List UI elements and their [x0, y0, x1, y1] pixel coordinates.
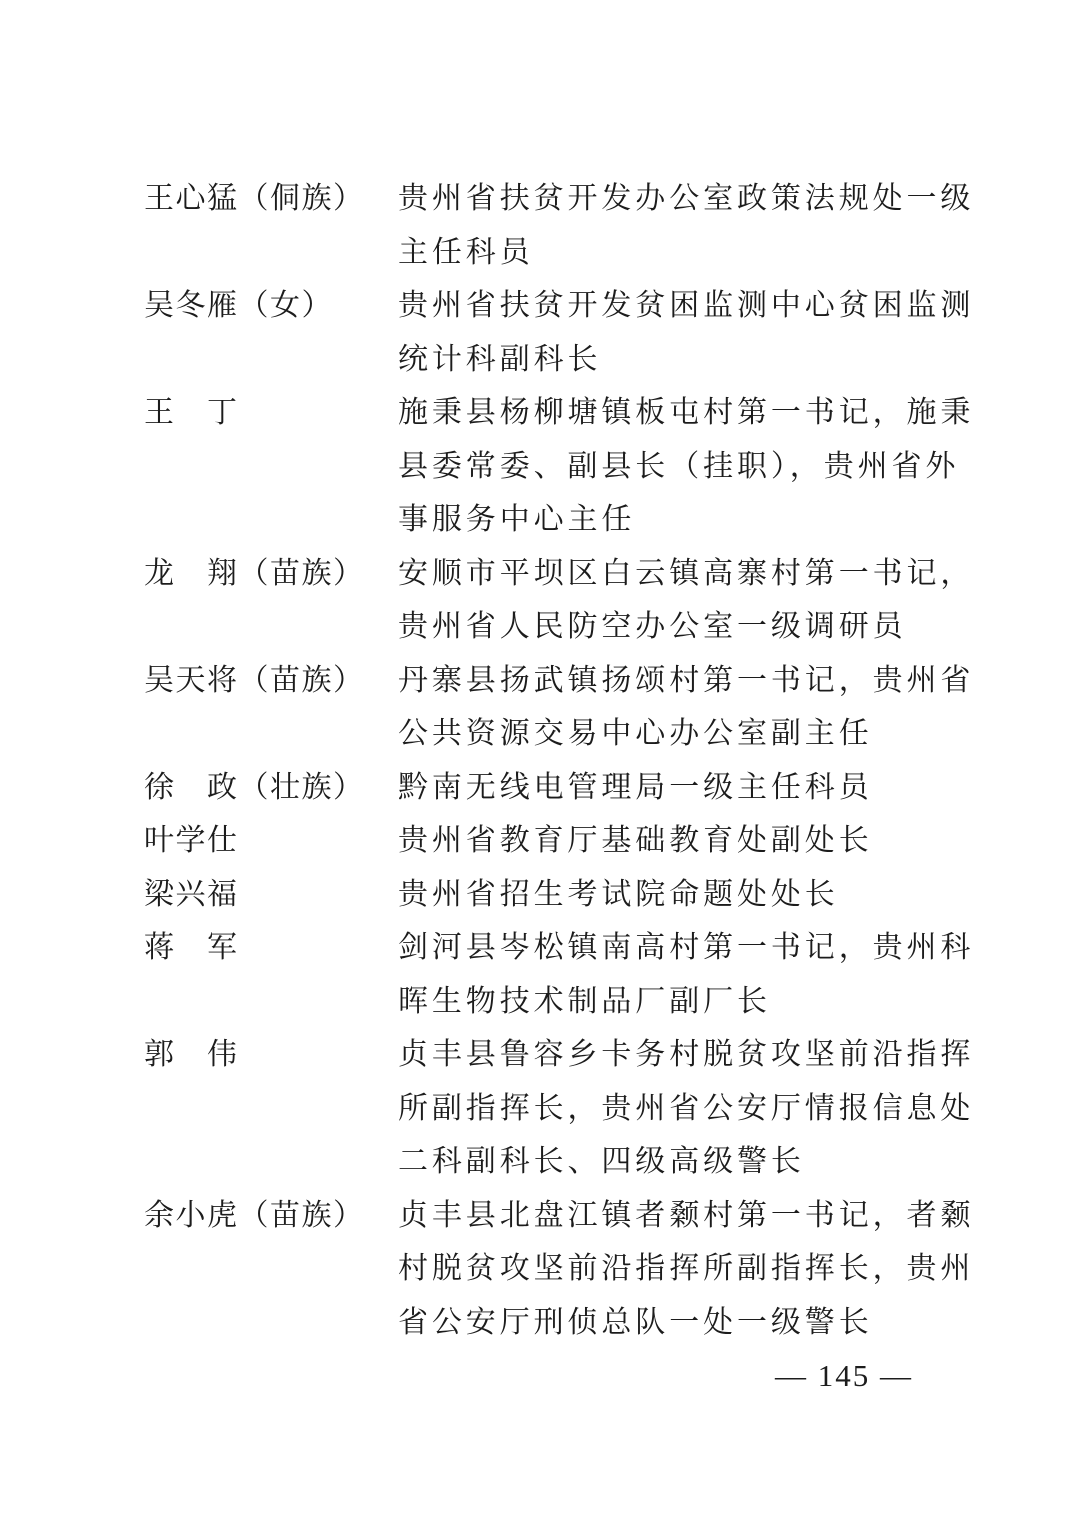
list-item: 叶学仕 贵州省教育厅基础教育处副处长: [144, 814, 944, 868]
list-item: 蒋 军 剑河县岑松镇南高村第一书记，贵州科晖生物技术制品厂副厂长: [144, 921, 944, 1028]
list-item: 吴冬雁（女） 贵州省扶贫开发贫困监测中心贫困监测统计科副科长: [144, 279, 944, 386]
name-cell: 王心猛（侗族）: [144, 172, 398, 226]
person-name: 王心猛: [144, 182, 239, 215]
description-line: 贵州省招生考试院命题处处长: [398, 868, 944, 922]
name-cell: 吴天将（苗族）: [144, 654, 398, 708]
position-description: 贵州省扶贫开发贫困监测中心贫困监测统计科副科长: [398, 279, 944, 386]
list-item: 徐 政（壮族） 黔南无线电管理局一级主任科员: [144, 761, 944, 815]
person-name: 梁兴福: [144, 878, 239, 911]
position-description: 贵州省教育厅基础教育处副处长: [398, 814, 944, 868]
list-item: 吴天将（苗族） 丹寨县扬武镇扬颂村第一书记，贵州省公共资源交易中心办公室副主任: [144, 654, 944, 761]
description-line: 二科副科长、四级高级警长: [398, 1135, 944, 1189]
list-item: 龙 翔（苗族） 安顺市平坝区白云镇高寨村第一书记，贵州省人民防空办公室一级调研员: [144, 547, 944, 654]
ethnic-tag: （苗族）: [239, 1199, 365, 1232]
person-name: 徐 政: [144, 771, 239, 804]
name-cell: 蒋 军: [144, 921, 398, 975]
description-line: 统计科副科长: [398, 333, 944, 387]
list-item: 王心猛（侗族） 贵州省扶贫开发办公室政策法规处一级主任科员: [144, 172, 944, 279]
description-line: 贵州省人民防空办公室一级调研员: [398, 600, 944, 654]
ethnic-tag: （苗族）: [239, 557, 365, 590]
name-cell: 吴冬雁（女）: [144, 279, 398, 333]
person-name: 叶学仕: [144, 824, 239, 857]
name-cell: 郭 伟: [144, 1028, 398, 1082]
person-name: 王 丁: [144, 396, 239, 429]
list-item: 梁兴福 贵州省招生考试院命题处处长: [144, 868, 944, 922]
commendation-list: 王心猛（侗族） 贵州省扶贫开发办公室政策法规处一级主任科员 吴冬雁（女） 贵州省…: [144, 172, 944, 1349]
description-line: 黔南无线电管理局一级主任科员: [398, 761, 944, 815]
description-line: 晖生物技术制品厂副厂长: [398, 975, 944, 1029]
position-description: 剑河县岑松镇南高村第一书记，贵州科晖生物技术制品厂副厂长: [398, 921, 944, 1028]
ethnic-tag: （侗族）: [239, 182, 365, 215]
page-number: — 145 —: [775, 1349, 913, 1403]
list-item: 王 丁 施秉县杨柳塘镇板屯村第一书记，施秉县委常委、副县长（挂职），贵州省外事服…: [144, 386, 944, 547]
position-description: 贵州省扶贫开发办公室政策法规处一级主任科员: [398, 172, 944, 279]
name-cell: 梁兴福: [144, 868, 398, 922]
position-description: 丹寨县扬武镇扬颂村第一书记，贵州省公共资源交易中心办公室副主任: [398, 654, 944, 761]
position-description: 贵州省招生考试院命题处处长: [398, 868, 944, 922]
person-name: 龙 翔: [144, 557, 239, 590]
ethnic-tag: （女）: [239, 289, 334, 322]
description-line: 丹寨县扬武镇扬颂村第一书记，贵州省: [398, 654, 944, 708]
list-item: 郭 伟 贞丰县鲁容乡卡务村脱贫攻坚前沿指挥所副指挥长，贵州省公安厅情报信息处二科…: [144, 1028, 944, 1189]
description-line: 事服务中心主任: [398, 493, 944, 547]
description-line: 村脱贫攻坚前沿指挥所副指挥长，贵州: [398, 1242, 944, 1296]
description-line: 剑河县岑松镇南高村第一书记，贵州科: [398, 921, 944, 975]
name-cell: 余小虎（苗族）: [144, 1189, 398, 1243]
description-line: 贞丰县北盘江镇者颡村第一书记，者颡: [398, 1189, 944, 1243]
description-line: 施秉县杨柳塘镇板屯村第一书记，施秉: [398, 386, 944, 440]
name-cell: 叶学仕: [144, 814, 398, 868]
position-description: 施秉县杨柳塘镇板屯村第一书记，施秉县委常委、副县长（挂职），贵州省外事服务中心主…: [398, 386, 944, 547]
document-page: 王心猛（侗族） 贵州省扶贫开发办公室政策法规处一级主任科员 吴冬雁（女） 贵州省…: [0, 0, 1080, 1527]
name-cell: 王 丁: [144, 386, 398, 440]
position-description: 安顺市平坝区白云镇高寨村第一书记，贵州省人民防空办公室一级调研员: [398, 547, 944, 654]
list-item: 余小虎（苗族） 贞丰县北盘江镇者颡村第一书记，者颡村脱贫攻坚前沿指挥所副指挥长，…: [144, 1189, 944, 1350]
ethnic-tag: （壮族）: [239, 771, 365, 804]
person-name: 余小虎: [144, 1199, 239, 1232]
description-line: 贞丰县鲁容乡卡务村脱贫攻坚前沿指挥: [398, 1028, 944, 1082]
position-description: 贞丰县北盘江镇者颡村第一书记，者颡村脱贫攻坚前沿指挥所副指挥长，贵州省公安厅刑侦…: [398, 1189, 944, 1350]
description-line: 主任科员: [398, 226, 944, 280]
description-line: 县委常委、副县长（挂职），贵州省外: [398, 440, 944, 494]
person-name: 蒋 军: [144, 931, 239, 964]
description-line: 贵州省扶贫开发贫困监测中心贫困监测: [398, 279, 944, 333]
description-line: 贵州省教育厅基础教育处副处长: [398, 814, 944, 868]
position-description: 贞丰县鲁容乡卡务村脱贫攻坚前沿指挥所副指挥长，贵州省公安厅情报信息处二科副科长、…: [398, 1028, 944, 1189]
description-line: 所副指挥长，贵州省公安厅情报信息处: [398, 1082, 944, 1136]
ethnic-tag: （苗族）: [239, 664, 365, 697]
name-cell: 徐 政（壮族）: [144, 761, 398, 815]
description-line: 贵州省扶贫开发办公室政策法规处一级: [398, 172, 944, 226]
person-name: 吴天将: [144, 664, 239, 697]
description-line: 省公安厅刑侦总队一处一级警长: [398, 1296, 944, 1350]
name-cell: 龙 翔（苗族）: [144, 547, 398, 601]
person-name: 吴冬雁: [144, 289, 239, 322]
description-line: 安顺市平坝区白云镇高寨村第一书记，: [398, 547, 944, 601]
person-name: 郭 伟: [144, 1038, 239, 1071]
position-description: 黔南无线电管理局一级主任科员: [398, 761, 944, 815]
description-line: 公共资源交易中心办公室副主任: [398, 707, 944, 761]
